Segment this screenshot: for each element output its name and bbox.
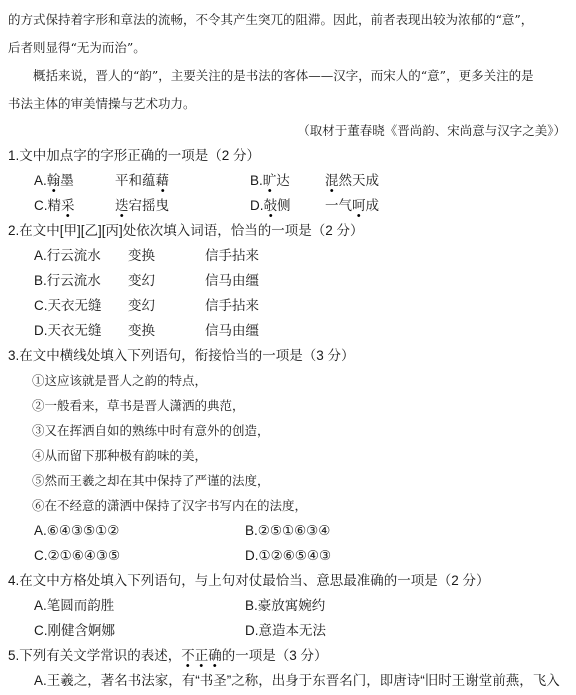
q3-sentence-4: ④从而留下那种极有韵味的美， <box>8 443 566 468</box>
q1-option-a-word1: A.翰墨 <box>34 168 115 193</box>
q4-options: A.笔圆而韵胜 B.豪放寓婉约 C.刚健含婀娜 D.意造本无法 <box>8 593 566 643</box>
q2-option-b-end: 信马由缰 <box>205 268 566 293</box>
q4-option-a: A.笔圆而韵胜 <box>34 593 245 618</box>
q1-options: A.翰墨 平和蕴藉 B.旷达 混然天成 C.精采 迭宕摇曳 D.敧侧 一气呵成 <box>8 168 566 218</box>
passage-line-3: 概括来说，晋人的“韵”，主要关注的是书法的客体——汉字，而宋人的“意”，更多关注… <box>8 62 566 90</box>
q2-option-a-mid: 变换 <box>128 243 205 268</box>
q3-option-c: C.②①⑥④③⑤ <box>34 543 245 568</box>
emphasized-char: 不正确 <box>181 648 222 668</box>
emphasized-char: 迭 <box>115 198 129 218</box>
q3-sentence-3: ③又在挥洒自如的熟练中时有意外的创造， <box>8 418 566 443</box>
q1-option-c-word2: 迭宕摇曳 <box>115 193 250 218</box>
text-segment: 的一项是（3 分） <box>222 648 328 663</box>
q4-stem: 4.在文中方格处填入下列语句，与上句对仗最恰当、意思最准确的一项是（2 分） <box>8 568 566 593</box>
q2-option-a-end: 信手拈来 <box>205 243 566 268</box>
text-segment: D. <box>250 198 264 213</box>
text-segment: 成 <box>366 198 380 213</box>
q3-sentence-2: ②一般看来，草书是晋人潇洒的典范， <box>8 393 566 418</box>
q3-sentence-6: ⑥在不经意的潇洒中保持了汉字书写内在的法度， <box>8 493 566 518</box>
q2-option-b-mid: 变幻 <box>128 268 205 293</box>
q2-option-d-end: 信马由缰 <box>205 318 566 343</box>
q2-stem: 2.在文中[甲][乙][丙]处依次填入词语，恰当的一项是（2 分） <box>8 218 566 243</box>
passage-line-2: 后者则显得“无为而治”。 <box>8 34 566 62</box>
q3-option-b: B.②⑤①⑥③④ <box>245 518 566 543</box>
q2-option-d-label: D.天衣无缝 <box>34 318 128 343</box>
q2-option-d-mid: 变换 <box>128 318 205 343</box>
q2-option-c-end: 信手拈来 <box>205 293 566 318</box>
q1-option-a-word2: 平和蕴藉 <box>115 168 250 193</box>
q2-option-a-label: A.行云流水 <box>34 243 128 268</box>
text-segment: 一气 <box>325 198 352 213</box>
emphasized-char: 藉 <box>156 173 170 193</box>
text-segment: 平和蕴 <box>115 173 156 188</box>
passage-attribution: （取材于董春晓《晋尚韵、宋尚意与汉字之美》） <box>8 118 566 143</box>
text-segment: A. <box>34 173 47 188</box>
q3-sentence-5: ⑤然而王羲之却在其中保持了严谨的法度， <box>8 468 566 493</box>
q3-option-a: A.⑥④③⑤①② <box>34 518 245 543</box>
text-segment: 然天成 <box>339 173 380 188</box>
q1-option-d-word2: 一气呵成 <box>325 193 566 218</box>
text-segment: 宕摇曳 <box>129 198 170 213</box>
text-segment: 墨 <box>60 173 74 188</box>
q1-option-b-word1: B.旷达 <box>250 168 325 193</box>
q5-stem: 5.下列有关文学常识的表述，不正确的一项是（3 分） <box>8 643 566 668</box>
q4-option-d: D.意造本无法 <box>245 618 566 643</box>
q4-option-b: B.豪放寓婉约 <box>245 593 566 618</box>
emphasized-char: 敧 <box>264 198 278 218</box>
q5-option-a: A.王羲之，著名书法家，有“书圣”之称，出身于东晋名门，即唐诗“旧时王谢堂前燕，… <box>8 668 566 693</box>
text-segment: 5.下列有关文学常识的表述， <box>8 648 181 663</box>
q2-options: A.行云流水 变换 信手拈来 B.行云流水 变幻 信马由缰 C.天衣无缝 变幻 … <box>8 243 566 343</box>
emphasized-char: 采 <box>61 198 75 218</box>
q4-option-c: C.刚健含婀娜 <box>34 618 245 643</box>
q1-option-b-word2: 混然天成 <box>325 168 566 193</box>
q2-option-c-mid: 变幻 <box>128 293 205 318</box>
emphasized-char: 呵 <box>352 198 366 218</box>
q3-option-d: D.①②⑥⑤④③ <box>245 543 566 568</box>
q2-option-b-label: B.行云流水 <box>34 268 128 293</box>
q1-option-d-word1: D.敧侧 <box>250 193 325 218</box>
q3-stem: 3.在文中横线处填入下列语句，衔接恰当的一项是（3 分） <box>8 343 566 368</box>
q2-option-c-label: C.天衣无缝 <box>34 293 128 318</box>
passage-line-4: 书法主体的审美情操与艺术功力。 <box>8 90 566 118</box>
passage-line-1: 的方式保持着字形和章法的流畅，不令其产生突兀的阻滞。因此，前者表现出较为浓郁的“… <box>8 6 566 34</box>
emphasized-char: 混 <box>325 173 339 193</box>
emphasized-char: 旷 <box>263 173 277 193</box>
text-segment: 侧 <box>277 198 291 213</box>
text-segment: C.精 <box>34 198 61 213</box>
q3-options: A.⑥④③⑤①② B.②⑤①⑥③④ C.②①⑥④③⑤ D.①②⑥⑤④③ <box>8 518 566 568</box>
emphasized-char: 翰 <box>47 173 61 193</box>
q1-stem: 1.文中加点字的字形正确的一项是（2 分） <box>8 143 566 168</box>
exam-page: 的方式保持着字形和章法的流畅，不令其产生突兀的阻滞。因此，前者表现出较为浓郁的“… <box>0 0 576 695</box>
q3-sentence-1: ①这应该就是晋人之韵的特点， <box>8 368 566 393</box>
text-segment: 达 <box>276 173 290 188</box>
q1-option-c-word1: C.精采 <box>34 193 115 218</box>
text-segment: B. <box>250 173 263 188</box>
